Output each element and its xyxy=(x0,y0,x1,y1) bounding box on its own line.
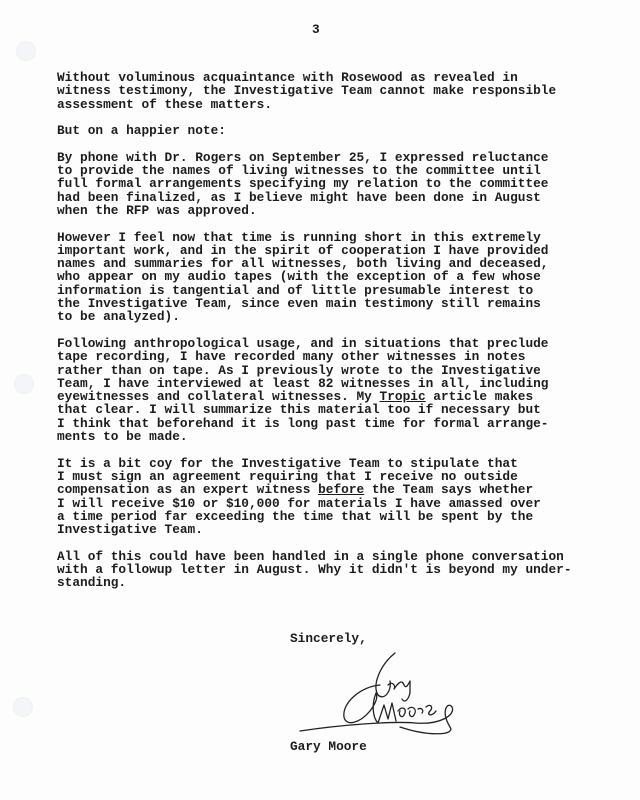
page-number: 3 xyxy=(312,22,320,37)
text-line: But on a happier note: xyxy=(57,124,617,137)
text-line: when the RFP was approved. xyxy=(57,204,617,217)
text-line: Without voluminous acquaintance with Ros… xyxy=(57,71,617,84)
text-line: rather than on tape. As I previously wro… xyxy=(57,364,617,377)
hole-punch-top xyxy=(16,41,36,61)
text-line: names and summaries for all witnesses, b… xyxy=(57,257,617,270)
text-line: who appear on my audio tapes (with the e… xyxy=(57,270,617,283)
handwritten-signature: Gary Moore xyxy=(280,645,480,740)
text-line: eyewitnesses and collateral witnesses. M… xyxy=(57,390,617,403)
text-line: Investigative Team. xyxy=(57,523,617,536)
text-line: Team, I have interviewed at least 82 wit… xyxy=(57,377,617,390)
paragraph: All of this could have been handled in a… xyxy=(57,550,617,590)
text-line: By phone with Dr. Rogers on September 25… xyxy=(57,151,617,164)
text-line: All of this could have been handled in a… xyxy=(57,550,617,563)
letter-body: Without voluminous acquaintance with Ros… xyxy=(57,71,617,603)
text-line: ments to be made. xyxy=(57,430,617,443)
text-line: important work, and in the spirit of coo… xyxy=(57,244,617,257)
text-line: I will receive $10 or $10,000 for materi… xyxy=(57,497,617,510)
text-line: a time period far exceeding the time tha… xyxy=(57,510,617,523)
text-line: to be analyzed). xyxy=(57,310,617,323)
text-line: compensation as an expert witness before… xyxy=(57,483,617,496)
text-line: It is a bit coy for the Investigative Te… xyxy=(57,457,617,470)
text-line: I think that beforehand it is long past … xyxy=(57,417,617,430)
closing-salutation: Sincerely, xyxy=(290,631,367,646)
hole-punch-middle xyxy=(14,374,34,394)
text-line: had been finalized, as I believe might h… xyxy=(57,191,617,204)
text-line: the Investigative Team, since even main … xyxy=(57,297,617,310)
text-line: with a followup letter in August. Why it… xyxy=(57,563,617,576)
paragraph: But on a happier note: xyxy=(57,124,617,137)
text-line: witness testimony, the Investigative Tea… xyxy=(57,84,617,97)
letter-page: 3 Without voluminous acquaintance with R… xyxy=(0,0,640,800)
hole-punch-bottom xyxy=(13,697,33,717)
paragraph: Without voluminous acquaintance with Ros… xyxy=(57,71,617,111)
paragraph: By phone with Dr. Rogers on September 25… xyxy=(57,151,617,217)
text-line: I must sign an agreement requiring that … xyxy=(57,470,617,483)
text-line: tape recording, I have recorded many oth… xyxy=(57,350,617,363)
text-line: standing. xyxy=(57,576,617,589)
text-line: to provide the names of living witnesses… xyxy=(57,164,617,177)
text-line: information is tangential and of little … xyxy=(57,284,617,297)
text-line: that clear. I will summarize this materi… xyxy=(57,403,617,416)
text-line: assessment of these matters. xyxy=(57,98,617,111)
text-line: Following anthropological usage, and in … xyxy=(57,337,617,350)
paragraph: It is a bit coy for the Investigative Te… xyxy=(57,457,617,537)
paragraph: Following anthropological usage, and in … xyxy=(57,337,617,443)
paragraph: However I feel now that time is running … xyxy=(57,231,617,324)
underlined-word: before xyxy=(318,482,364,497)
text-line: full formal arrangements specifying my r… xyxy=(57,177,617,190)
signer-name: Gary Moore xyxy=(290,739,367,754)
text-line: However I feel now that time is running … xyxy=(57,231,617,244)
